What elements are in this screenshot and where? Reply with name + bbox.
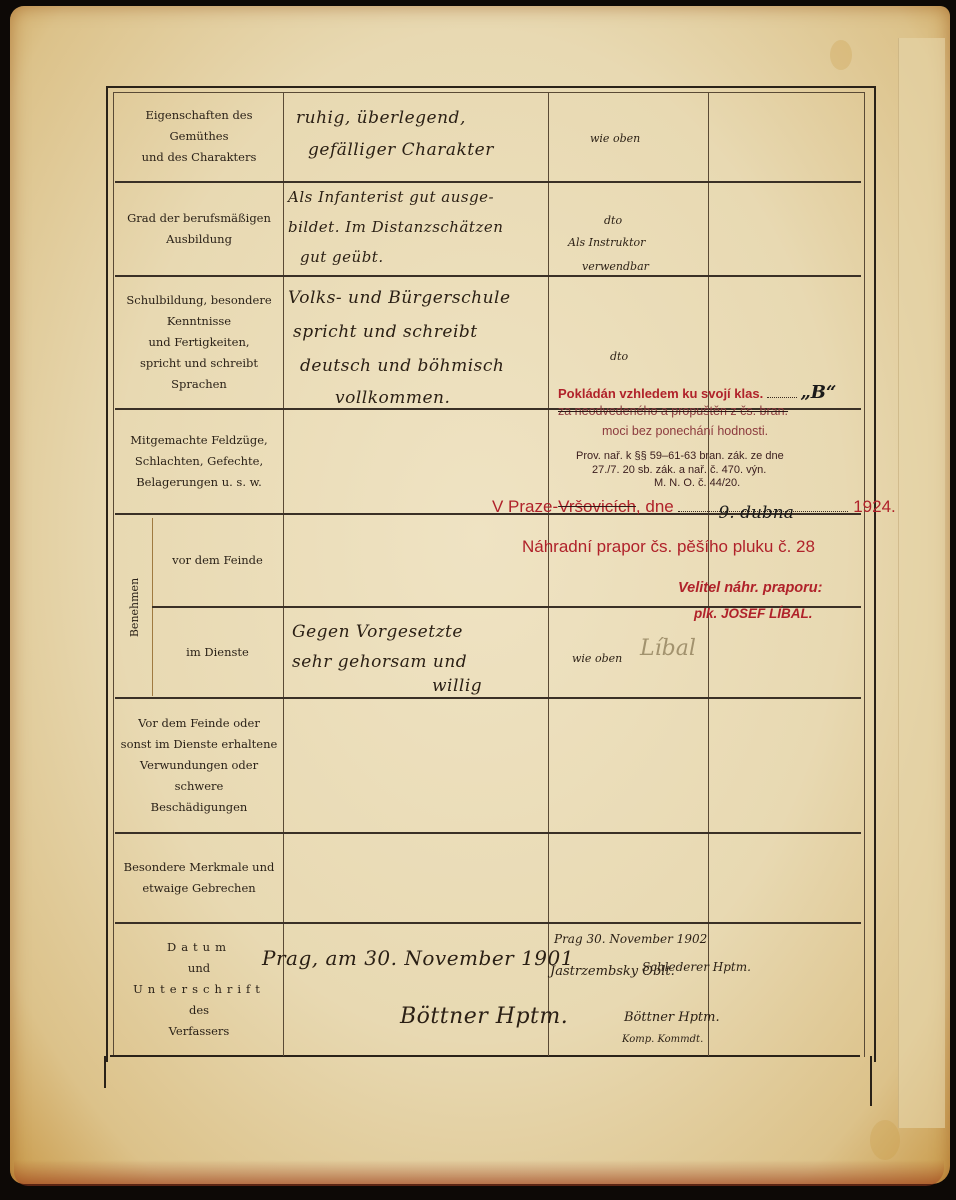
- row-label-features: Besondere Merkmale und etwaige Gebrechen: [115, 833, 283, 922]
- label-line: Unterschrift: [133, 979, 265, 1000]
- stamp-legal: 27./7. 20 sb. zák. a nař. č. 470. výn.: [592, 464, 766, 476]
- handwritten-date-1901: Prag, am 30. November 1901: [262, 946, 574, 970]
- stamp-text: Pokládán vzhledem ku svojí klas.: [558, 386, 763, 401]
- label-line: Beschädigungen: [151, 797, 248, 818]
- handwritten-entry: dto: [604, 214, 622, 227]
- label-line: Schulbildung, besondere: [126, 290, 271, 311]
- handwritten-entry: sehr gehorsam und: [292, 652, 467, 672]
- handwritten-class: „B“: [800, 382, 836, 403]
- label-line: Verwundungen oder schwere: [115, 755, 283, 797]
- column-divider: [283, 92, 284, 1056]
- label-line: Datum: [167, 937, 231, 958]
- stamp-line: Pokládán vzhledem ku svojí klas. „B“: [558, 382, 836, 403]
- stamp-line: moci bez ponechání hodnosti.: [602, 424, 768, 438]
- handwritten-entry: Als Instruktor: [568, 236, 645, 249]
- handwritten-entry: ruhig, überlegend,: [296, 108, 466, 128]
- sub-label-before-enemy: vor dem Feinde: [152, 514, 283, 606]
- stamp-commander-name: plk. JOSEF LÍBAL.: [694, 606, 813, 621]
- label-line: des: [189, 1000, 209, 1021]
- page-edge-strip: [898, 38, 945, 1128]
- label-line: etwaige Gebrechen: [142, 878, 255, 899]
- worn-bottom-edge: [14, 1160, 944, 1186]
- label-line: spricht und schreibt: [140, 353, 258, 374]
- label-line: Sprachen: [171, 374, 227, 395]
- label-line: Schlachten, Gefechte,: [135, 451, 263, 472]
- signature-1902: Komp. Kommdt.: [622, 1034, 703, 1045]
- row-label-education: Schulbildung, besondere Kenntnisse und F…: [115, 276, 283, 408]
- label-line: Mitgemachte Feldzüge,: [130, 430, 267, 451]
- label-line: Ausbildung: [166, 229, 232, 250]
- handwritten-entry: vollkommen.: [335, 388, 450, 408]
- row-label-campaigns: Mitgemachte Feldzüge, Schlachten, Gefech…: [115, 409, 283, 513]
- signature-1902: Böttner Hptm.: [624, 1010, 720, 1025]
- handwritten-entry: dto: [610, 350, 628, 363]
- stamp-unit: Náhradní prapor čs. pěšího pluku č. 28: [522, 537, 815, 557]
- frame-line: [104, 1056, 106, 1088]
- column-divider: [708, 92, 709, 1056]
- stamp-place-date: V Praze-Vršovicích, dne 9. dubna 1924.: [492, 497, 896, 517]
- signature-1924: Líbal: [640, 636, 696, 661]
- stain: [870, 1120, 900, 1160]
- handwritten-date-1902: Prag 30. November 1902: [554, 932, 707, 946]
- stamp-legal: Prov. nař. k §§ 59–61-63 bran. zák. ze d…: [576, 450, 784, 462]
- handwritten-entry: Volks- und Bürgerschule: [288, 288, 511, 308]
- stamp-commander-title: Velitel náhr. praporu:: [678, 580, 823, 596]
- handwritten-entry: wie oben: [590, 132, 640, 145]
- handwritten-entry: Als Infanterist gut ausge-: [288, 188, 494, 206]
- handwritten-entry: spricht und schreibt: [293, 322, 478, 342]
- label-line: Verfassers: [169, 1021, 230, 1042]
- stamp-year: 1924.: [853, 497, 896, 516]
- handwritten-entry: Gegen Vorgesetzte: [292, 622, 463, 642]
- column-divider: [548, 92, 549, 1056]
- signature-1901: Böttner Hptm.: [400, 1004, 568, 1029]
- label-line: Eigenschaften des Gemüthes: [115, 105, 283, 147]
- group-label-text: Benehmen: [129, 578, 142, 637]
- handwritten-entry: willig: [432, 676, 482, 696]
- row-label-date-signature: Datum und Unterschrift des Verfassers: [115, 923, 283, 1056]
- stamp-place: V Praze-: [492, 497, 558, 516]
- signature-1902: Schlederer Hptm.: [642, 960, 751, 974]
- handwritten-entry: gefälliger Charakter: [308, 140, 494, 160]
- stamp-date-field: 9. dubna: [678, 511, 848, 512]
- label-line: Belagerungen u. s. w.: [136, 472, 262, 493]
- stamp-place-struck: Vršovicích: [558, 497, 636, 516]
- handwritten-date-1924: 9. dubna: [718, 503, 793, 523]
- group-label-benehmen: Benehmen: [120, 520, 150, 695]
- frame-line: [870, 1056, 872, 1106]
- handwritten-entry: verwendbar: [582, 260, 649, 273]
- stamp-legal: M. N. O. č. 44/20.: [654, 477, 740, 489]
- label-line: und: [188, 958, 210, 979]
- handwritten-entry: bildet. Im Distanzschätzen: [288, 218, 503, 236]
- stamp-date-prefix: , dne: [636, 497, 674, 516]
- label-line: sonst im Dienste erhaltene: [121, 734, 278, 755]
- label-line: Vor dem Feinde oder: [138, 713, 260, 734]
- handwritten-entry: wie oben: [572, 652, 622, 665]
- label-line: und Fertigkeiten,: [148, 332, 249, 353]
- label-line: und des Charakters: [142, 147, 257, 168]
- sub-label-in-service: im Dienste: [152, 607, 283, 697]
- handwritten-entry: gut geübt.: [300, 248, 384, 266]
- stamp-dots: [767, 397, 797, 398]
- label-line: Grad der berufsmäßigen: [127, 208, 271, 229]
- row-label-character: Eigenschaften des Gemüthes und des Chara…: [115, 92, 283, 181]
- stain: [830, 40, 852, 70]
- row-label-training: Grad der berufsmäßigen Ausbildung: [115, 182, 283, 275]
- label-line: Besondere Merkmale und: [124, 857, 275, 878]
- handwritten-entry: deutsch und böhmisch: [300, 356, 504, 376]
- label-line: Kenntnisse: [167, 311, 231, 332]
- row-label-injuries: Vor dem Feinde oder sonst im Dienste erh…: [115, 698, 283, 832]
- stamp-line: za neodvedeného a propuštěn z čs. bran.: [558, 404, 788, 418]
